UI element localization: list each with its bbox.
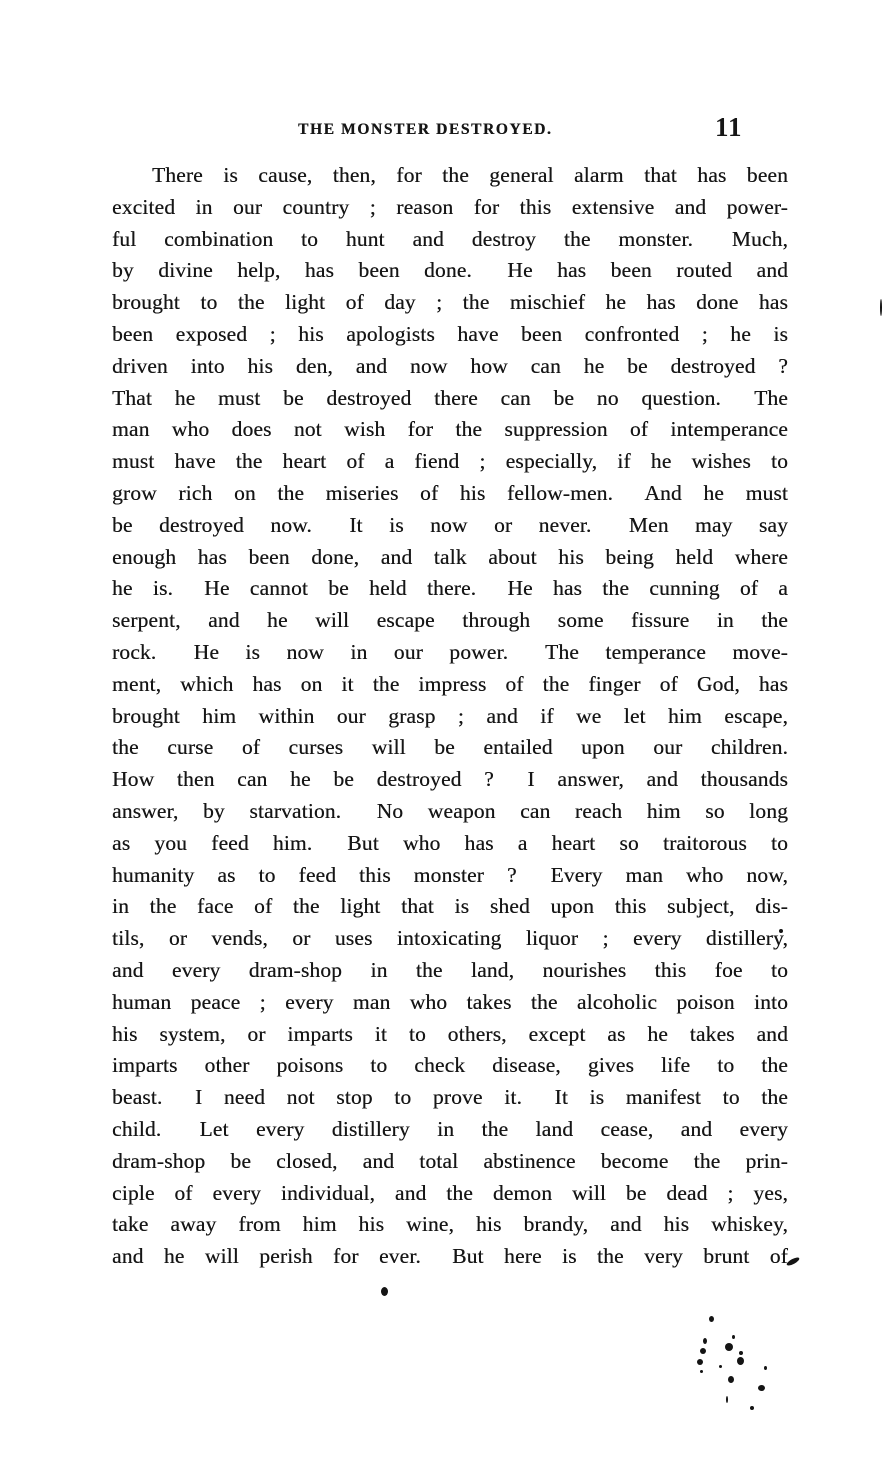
text-line: serpent, and he will escape through some… <box>112 605 788 637</box>
text-line: tils, or vends, or uses intoxicating liq… <box>112 923 788 955</box>
text-line: humanity as to feed this monster ? Every… <box>112 860 788 892</box>
ink-speck <box>726 1396 728 1403</box>
text-line: the curse of curses will be entailed upo… <box>112 732 788 764</box>
text-line: as you feed him. But who has a heart so … <box>112 828 788 860</box>
text-line: ciple of every individual, and the demon… <box>112 1178 788 1210</box>
ink-speck <box>732 1335 735 1339</box>
text-line: ful combination to hunt and destroy the … <box>112 224 788 256</box>
ink-speck <box>381 1287 388 1296</box>
text-line: dram-shop be closed, and total abstinenc… <box>112 1146 788 1178</box>
ink-speck <box>700 1348 706 1354</box>
ink-speck <box>779 929 783 933</box>
text-line: must have the heart of a fiend ; especia… <box>112 446 788 478</box>
running-head: THE MONSTER DESTROYED. <box>298 121 588 139</box>
text-line: answer, by starvation. No weapon can rea… <box>112 796 788 828</box>
text-line: rock. He is now in our power. The temper… <box>112 637 788 669</box>
ink-speck <box>703 1338 707 1344</box>
text-line: ment, which has on it the impress of the… <box>112 669 788 701</box>
text-line: take away from him his wine, his brandy,… <box>112 1209 788 1241</box>
text-line: enough has been done, and talk about his… <box>112 542 788 574</box>
text-line: and he will perish for ever. But here is… <box>112 1241 788 1273</box>
text-line: his system, or imparts it to others, exc… <box>112 1019 788 1051</box>
text-line: been exposed ; his apologists have been … <box>112 319 788 351</box>
ink-speck <box>728 1376 734 1383</box>
text-line: be destroyed now. It is now or never. Me… <box>112 510 788 542</box>
page: THE MONSTER DESTROYED. 11 There is cause… <box>0 0 888 1475</box>
text-line: in the face of the light that is shed up… <box>112 891 788 923</box>
ink-speck <box>880 299 882 316</box>
text-line: excited in our country ; reason for this… <box>112 192 788 224</box>
page-number: 11 <box>715 112 743 143</box>
ink-speck <box>697 1359 703 1365</box>
text-line: he is. He cannot be held there. He has t… <box>112 573 788 605</box>
text-line: brought to the light of day ; the mischi… <box>112 287 788 319</box>
text-line: child. Let every distillery in the land … <box>112 1114 788 1146</box>
text-line: That he must be destroyed there can be n… <box>112 383 788 415</box>
ink-speck <box>700 1370 703 1373</box>
text-line: imparts other poisons to check disease, … <box>112 1050 788 1082</box>
text-line: How then can he be destroyed ? I answer,… <box>112 764 788 796</box>
text-line: There is cause, then, for the general al… <box>112 160 788 192</box>
body-text: There is cause, then, for the general al… <box>112 160 788 1273</box>
ink-speck <box>725 1343 733 1351</box>
ink-speck <box>758 1385 765 1391</box>
ink-speck <box>709 1316 714 1322</box>
text-line: and every dram-shop in the land, nourish… <box>112 955 788 987</box>
ink-speck <box>737 1357 744 1365</box>
ink-speck <box>719 1365 722 1368</box>
ink-speck <box>764 1366 767 1370</box>
text-line: brought him within our grasp ; and if we… <box>112 701 788 733</box>
text-line: grow rich on the miseries of his fellow-… <box>112 478 788 510</box>
text-line: driven into his den, and now how can he … <box>112 351 788 383</box>
ink-speck <box>750 1406 754 1410</box>
text-line: man who does not wish for the suppressio… <box>112 414 788 446</box>
text-line: beast. I need not stop to prove it. It i… <box>112 1082 788 1114</box>
text-line: by divine help, has been done. He has be… <box>112 255 788 287</box>
text-line: human peace ; every man who takes the al… <box>112 987 788 1019</box>
ink-speck <box>739 1351 743 1355</box>
